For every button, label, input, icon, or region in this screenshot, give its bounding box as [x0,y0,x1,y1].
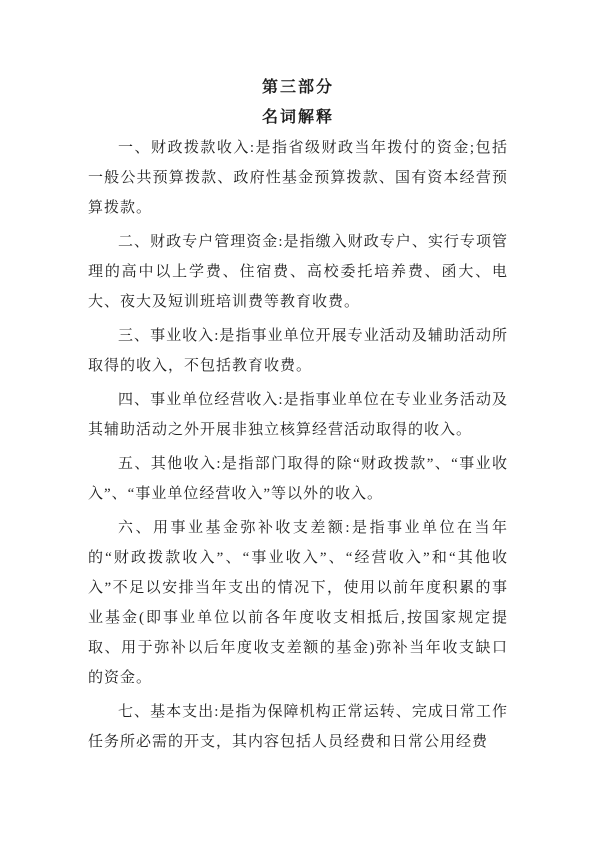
document-page: 第三部分 名词解释 一、财政拨款收入:是指省级财政当年拨付的资金;包括一般公共预… [0,0,595,842]
definition-paragraph-institutional-operating-income: 四、事业单位经营收入:是指事业单位在专业业务活动及其辅助活动之外开展非独立核算经… [88,385,508,445]
definition-paragraph-other-income: 五、其他收入:是指部门取得的除“财政拨款”、“事业收入”、“事业单位经营收入”等… [88,449,508,509]
definition-paragraph-institutional-income: 三、事业收入:是指事业单位开展专业活动及辅助活动所取得的收入，不包括教育收费。 [88,321,508,381]
section-subtitle: 名词解释 [88,103,508,133]
section-title: 第三部分 [88,73,508,103]
definition-paragraph-fiscal-appropriation-income: 一、财政拨款收入:是指省级财政当年拨付的资金;包括一般公共预算拨款、政府性基金预… [88,133,508,223]
definition-paragraph-fiscal-special-account-funds: 二、财政专户管理资金:是指缴入财政专户、实行专项管理的高中以上学费、住宿费、高校… [88,227,508,317]
definition-paragraph-fund-deficit-coverage: 六、用事业基金弥补收支差额:是指事业单位在当年的“财政拨款收入”、“事业收入”、… [88,513,508,693]
definitions-body: 一、财政拨款收入:是指省级财政当年拨付的资金;包括一般公共预算拨款、政府性基金预… [88,133,508,757]
definition-paragraph-basic-expenditure: 七、基本支出:是指为保障机构正常运转、完成日常工作任务所必需的开支，其内容包括人… [88,697,508,757]
